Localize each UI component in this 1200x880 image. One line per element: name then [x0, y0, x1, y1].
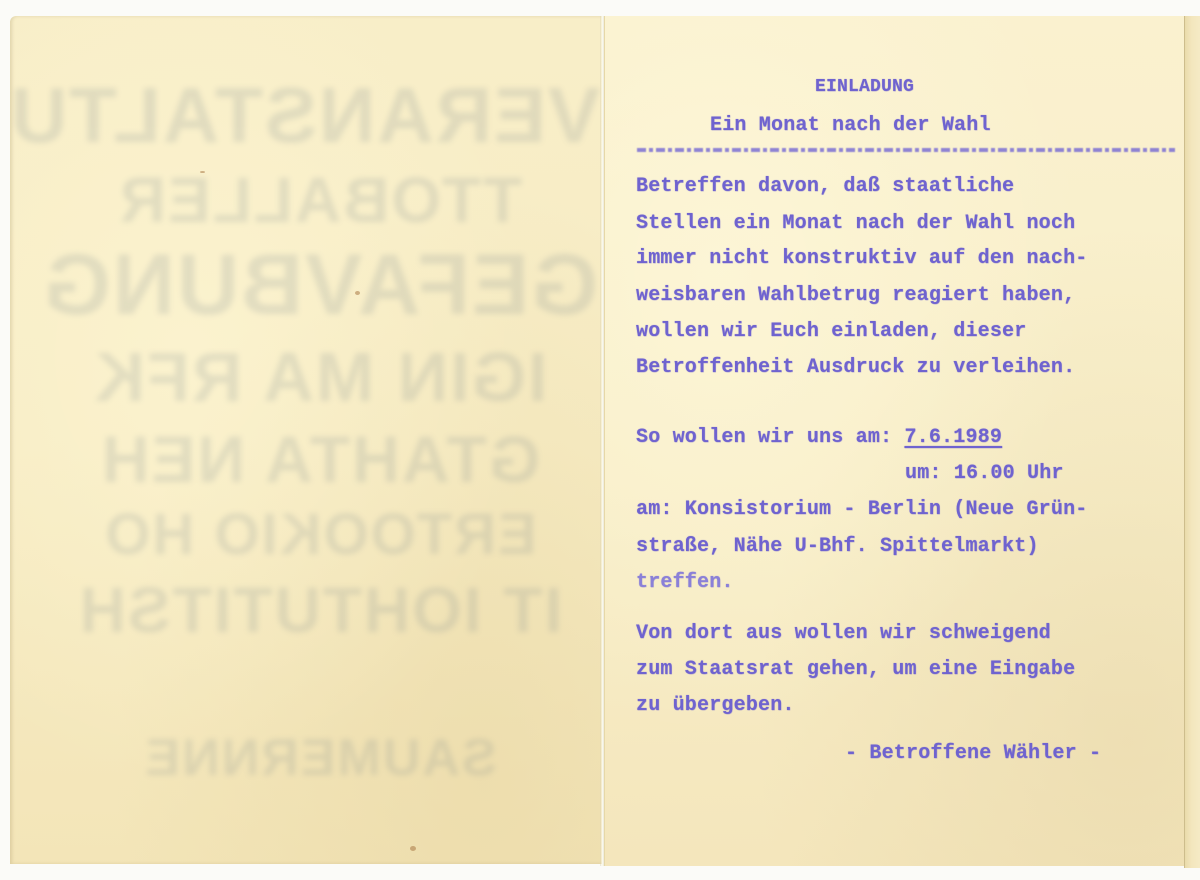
meeting-date-line: So wollen wir uns am: 7.6.1989 — [636, 426, 1002, 449]
invitation-title: EINLADUNG — [815, 77, 914, 97]
paper-stain — [410, 846, 416, 851]
mirrored-poster-show-through: VERANSTALTU TTOBALLER GEFAVBUNG IGIN MA … — [40, 56, 600, 836]
meeting-date: 7.6.1989 — [904, 426, 1002, 449]
paragraph-2-line: Von dort aus wollen wir schweigend — [636, 622, 1051, 645]
meeting-time: um: 16.00 Uhr — [905, 462, 1064, 485]
paper-right-edge — [1184, 16, 1200, 868]
paragraph-1-line: Betroffenheit Ausdruck zu verleihen. — [636, 356, 1075, 379]
meeting-place-line: straße, Nähe U-Bhf. Spittelmarkt) — [636, 535, 1039, 558]
left-panel-reverse-show-through: VERANSTALTU TTOBALLER GEFAVBUNG IGIN MA … — [10, 16, 602, 864]
paragraph-1-line: Betreffen davon, daß staatliche — [636, 175, 1014, 198]
paragraph-1-line: immer nicht konstruktiv auf den nach- — [636, 247, 1087, 270]
paper-sheet: VERANSTALTU TTOBALLER GEFAVBUNG IGIN MA … — [0, 0, 1200, 880]
meeting-date-prefix: So wollen wir uns am: — [636, 426, 904, 449]
paragraph-1-line: Stellen ein Monat nach der Wahl noch — [636, 212, 1075, 235]
typed-dash-divider — [637, 148, 1175, 152]
invitation-subtitle: Ein Monat nach der Wahl — [710, 114, 991, 137]
paragraph-1-line: wollen wir Euch einladen, dieser — [636, 320, 1026, 343]
paragraph-2-line: zu übergeben. — [636, 694, 795, 717]
paper-stain — [200, 171, 205, 173]
meeting-place-line: am: Konsistorium - Berlin (Neue Grün- — [636, 498, 1087, 521]
scanned-document: VERANSTALTU TTOBALLER GEFAVBUNG IGIN MA … — [0, 0, 1200, 880]
paragraph-2-line: zum Staatsrat gehen, um eine Eingabe — [636, 658, 1075, 681]
meeting-place-line: treffen. — [636, 571, 734, 594]
paragraph-1-line: weisbaren Wahlbetrug reagiert haben, — [636, 284, 1075, 307]
paper-stain — [355, 291, 360, 295]
signature: - Betroffene Wähler - — [845, 742, 1101, 765]
